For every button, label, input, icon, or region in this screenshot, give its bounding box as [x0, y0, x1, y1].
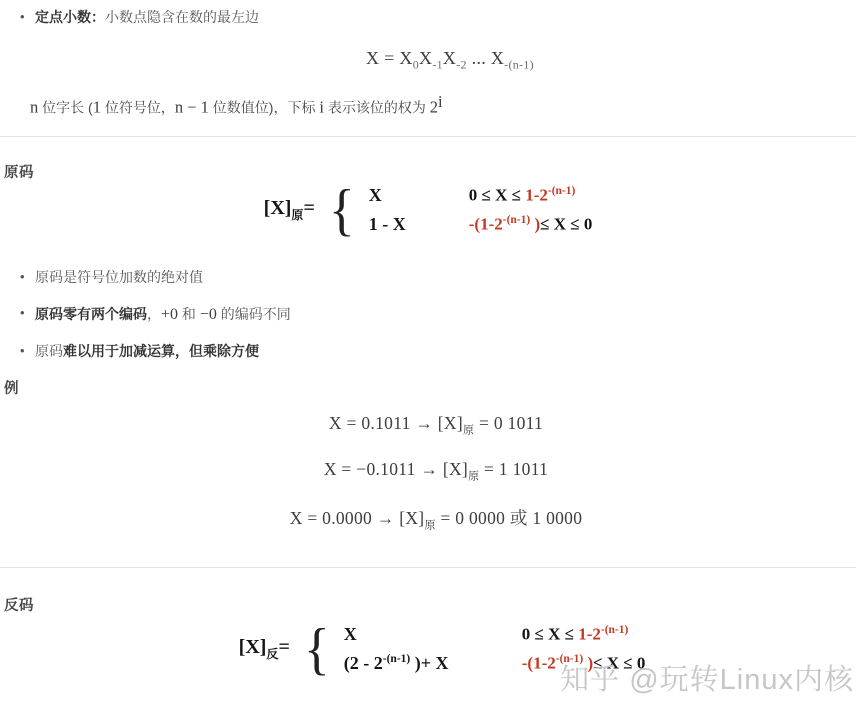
math-run: n − 1: [175, 98, 209, 117]
subscript: -(n-1): [504, 58, 534, 72]
subscript: 原: [291, 208, 303, 222]
example-formula: X = 0.0000 → [X]原 = 0 0000 或 1 0000: [8, 505, 856, 533]
superscript: -(n-1): [383, 653, 410, 665]
formula-lhs: [X]反=: [239, 636, 290, 662]
subscript: -2: [456, 58, 467, 72]
case-condition: -(1-2-(n-1) )≤ X ≤ 0: [469, 214, 593, 235]
case-expression: X: [344, 624, 522, 645]
formula-text: [X]: [264, 197, 292, 219]
left-brace: {: [329, 182, 355, 239]
section-heading-example: 例: [4, 377, 19, 398]
case-condition: 0 ≤ X ≤ 1-2-(n-1): [469, 185, 593, 206]
math-run: n: [30, 98, 38, 117]
left-brace: {: [304, 621, 330, 678]
math-run: −0: [200, 306, 217, 323]
formula-text: = 1 1011: [479, 459, 548, 479]
formula-text: (2 - 2: [344, 653, 383, 673]
formula-lhs: [X]原=: [264, 197, 315, 223]
text-run: 位数值位)，下标: [209, 100, 319, 116]
section-heading-yuanma: 原码: [4, 161, 34, 182]
list-item: 原码是符号位加数的绝对值: [20, 268, 291, 287]
text-run: 表示该位的权为: [324, 100, 430, 116]
red-superscript: -(n-1): [601, 624, 628, 636]
section-divider: [0, 567, 856, 568]
red-range: ): [530, 215, 540, 234]
case-condition: 0 ≤ X ≤ 1-2-(n-1): [522, 624, 646, 645]
list-item: 原码零有两个编码，+0 和 −0 的编码不同: [20, 304, 291, 326]
text-run: ，: [147, 306, 161, 322]
example-formula: X = 0.1011 → [X]原 = 0 1011: [8, 413, 856, 438]
case-expression: 1 - X: [369, 214, 469, 235]
case-expression: X: [369, 185, 469, 206]
text-run: 原码零有两个编码: [35, 306, 147, 322]
case-expression: (2 - 2-(n-1) )+ X: [344, 653, 522, 674]
word-length-paragraph: n 位字长 (1 位符号位，n − 1 位数值位)，下标 i 表示该位的权为 2…: [30, 92, 443, 118]
text-run: 位字长 (: [38, 100, 92, 116]
subscript: 原: [424, 520, 435, 532]
text-run: 的编码不同: [217, 306, 291, 322]
formula-text: )+ X: [410, 653, 448, 673]
subscript: 原: [468, 471, 479, 483]
formula-rows: X 0 ≤ X ≤ 1-2-(n-1) 1 - X -(1-2-(n-1) )≤…: [369, 185, 593, 235]
list-item: 原码难以用于加减运算，但乘除方便: [20, 342, 291, 361]
formula-text: ≤ X ≤ 0: [540, 215, 592, 234]
fixed-point-term: 定点小数：: [35, 9, 105, 25]
intro-bullet-list: 定点小数：小数点隐含在数的最左边: [20, 8, 259, 44]
superscript: i: [438, 92, 443, 111]
formula-text: =: [278, 636, 289, 658]
text-run: 原码是符号位加数的绝对值: [35, 269, 203, 285]
formula-text: X: [419, 48, 432, 68]
red-superscript: -(n-1): [548, 185, 575, 197]
fixed-point-desc: 小数点隐含在数的最左边: [105, 9, 259, 25]
red-superscript: -(n-1): [503, 214, 530, 226]
text-run: 原码: [35, 343, 63, 359]
formula-text: X = 0.1011 → [X]: [329, 413, 463, 433]
red-range: -(1-2: [522, 654, 556, 673]
zhihu-watermark: 知乎 @玩转Linux内核: [560, 657, 854, 698]
text-run: 位符号位，: [101, 100, 175, 116]
formula-text: = 0 0000 或 1 0000: [436, 508, 583, 528]
subscript: 反: [266, 647, 278, 661]
formula-text: X = −0.1011 → [X]: [324, 459, 468, 479]
text-run: 和: [178, 306, 200, 322]
formula-text: [X]: [239, 636, 267, 658]
yuanma-piecewise-formula: [X]原= { X 0 ≤ X ≤ 1-2-(n-1) 1 - X -(1-2-…: [0, 183, 856, 237]
formula-text: = 0 1011: [474, 413, 543, 433]
formula-text: 0 ≤ X ≤: [522, 625, 578, 644]
math-run: 1: [93, 98, 101, 117]
math-run: 2: [430, 98, 438, 117]
text-run: 难以用于加减运算，但乘除方便: [63, 343, 259, 359]
red-range: -(1-2: [469, 215, 503, 234]
math-run: +0: [161, 306, 178, 323]
example-formula: X = −0.1011 → [X]原 = 1 1011: [8, 459, 856, 484]
bit-string-formula: X = X0X-1X-2 ... X-(n-1): [22, 48, 856, 73]
subscript: 原: [463, 425, 474, 437]
formula-text: X = X: [366, 48, 413, 68]
section-divider: [0, 136, 856, 137]
formula-text: X: [491, 48, 504, 68]
list-item: 定点小数：小数点隐含在数的最左边: [20, 8, 259, 27]
subscript: -1: [432, 58, 443, 72]
yuanma-bullet-list: 原码是符号位加数的绝对值 原码零有两个编码，+0 和 −0 的编码不同 原码难以…: [20, 268, 291, 378]
red-range: 1-2: [578, 625, 601, 644]
formula-text: X: [443, 48, 456, 68]
section-heading-fanma: 反码: [4, 594, 34, 615]
formula-text: X = 0.0000 → [X]: [290, 508, 425, 528]
red-range: 1-2: [525, 186, 548, 205]
formula-text: 0 ≤ X ≤: [469, 186, 525, 205]
formula-text: ...: [467, 48, 491, 68]
formula-text: =: [303, 197, 314, 219]
